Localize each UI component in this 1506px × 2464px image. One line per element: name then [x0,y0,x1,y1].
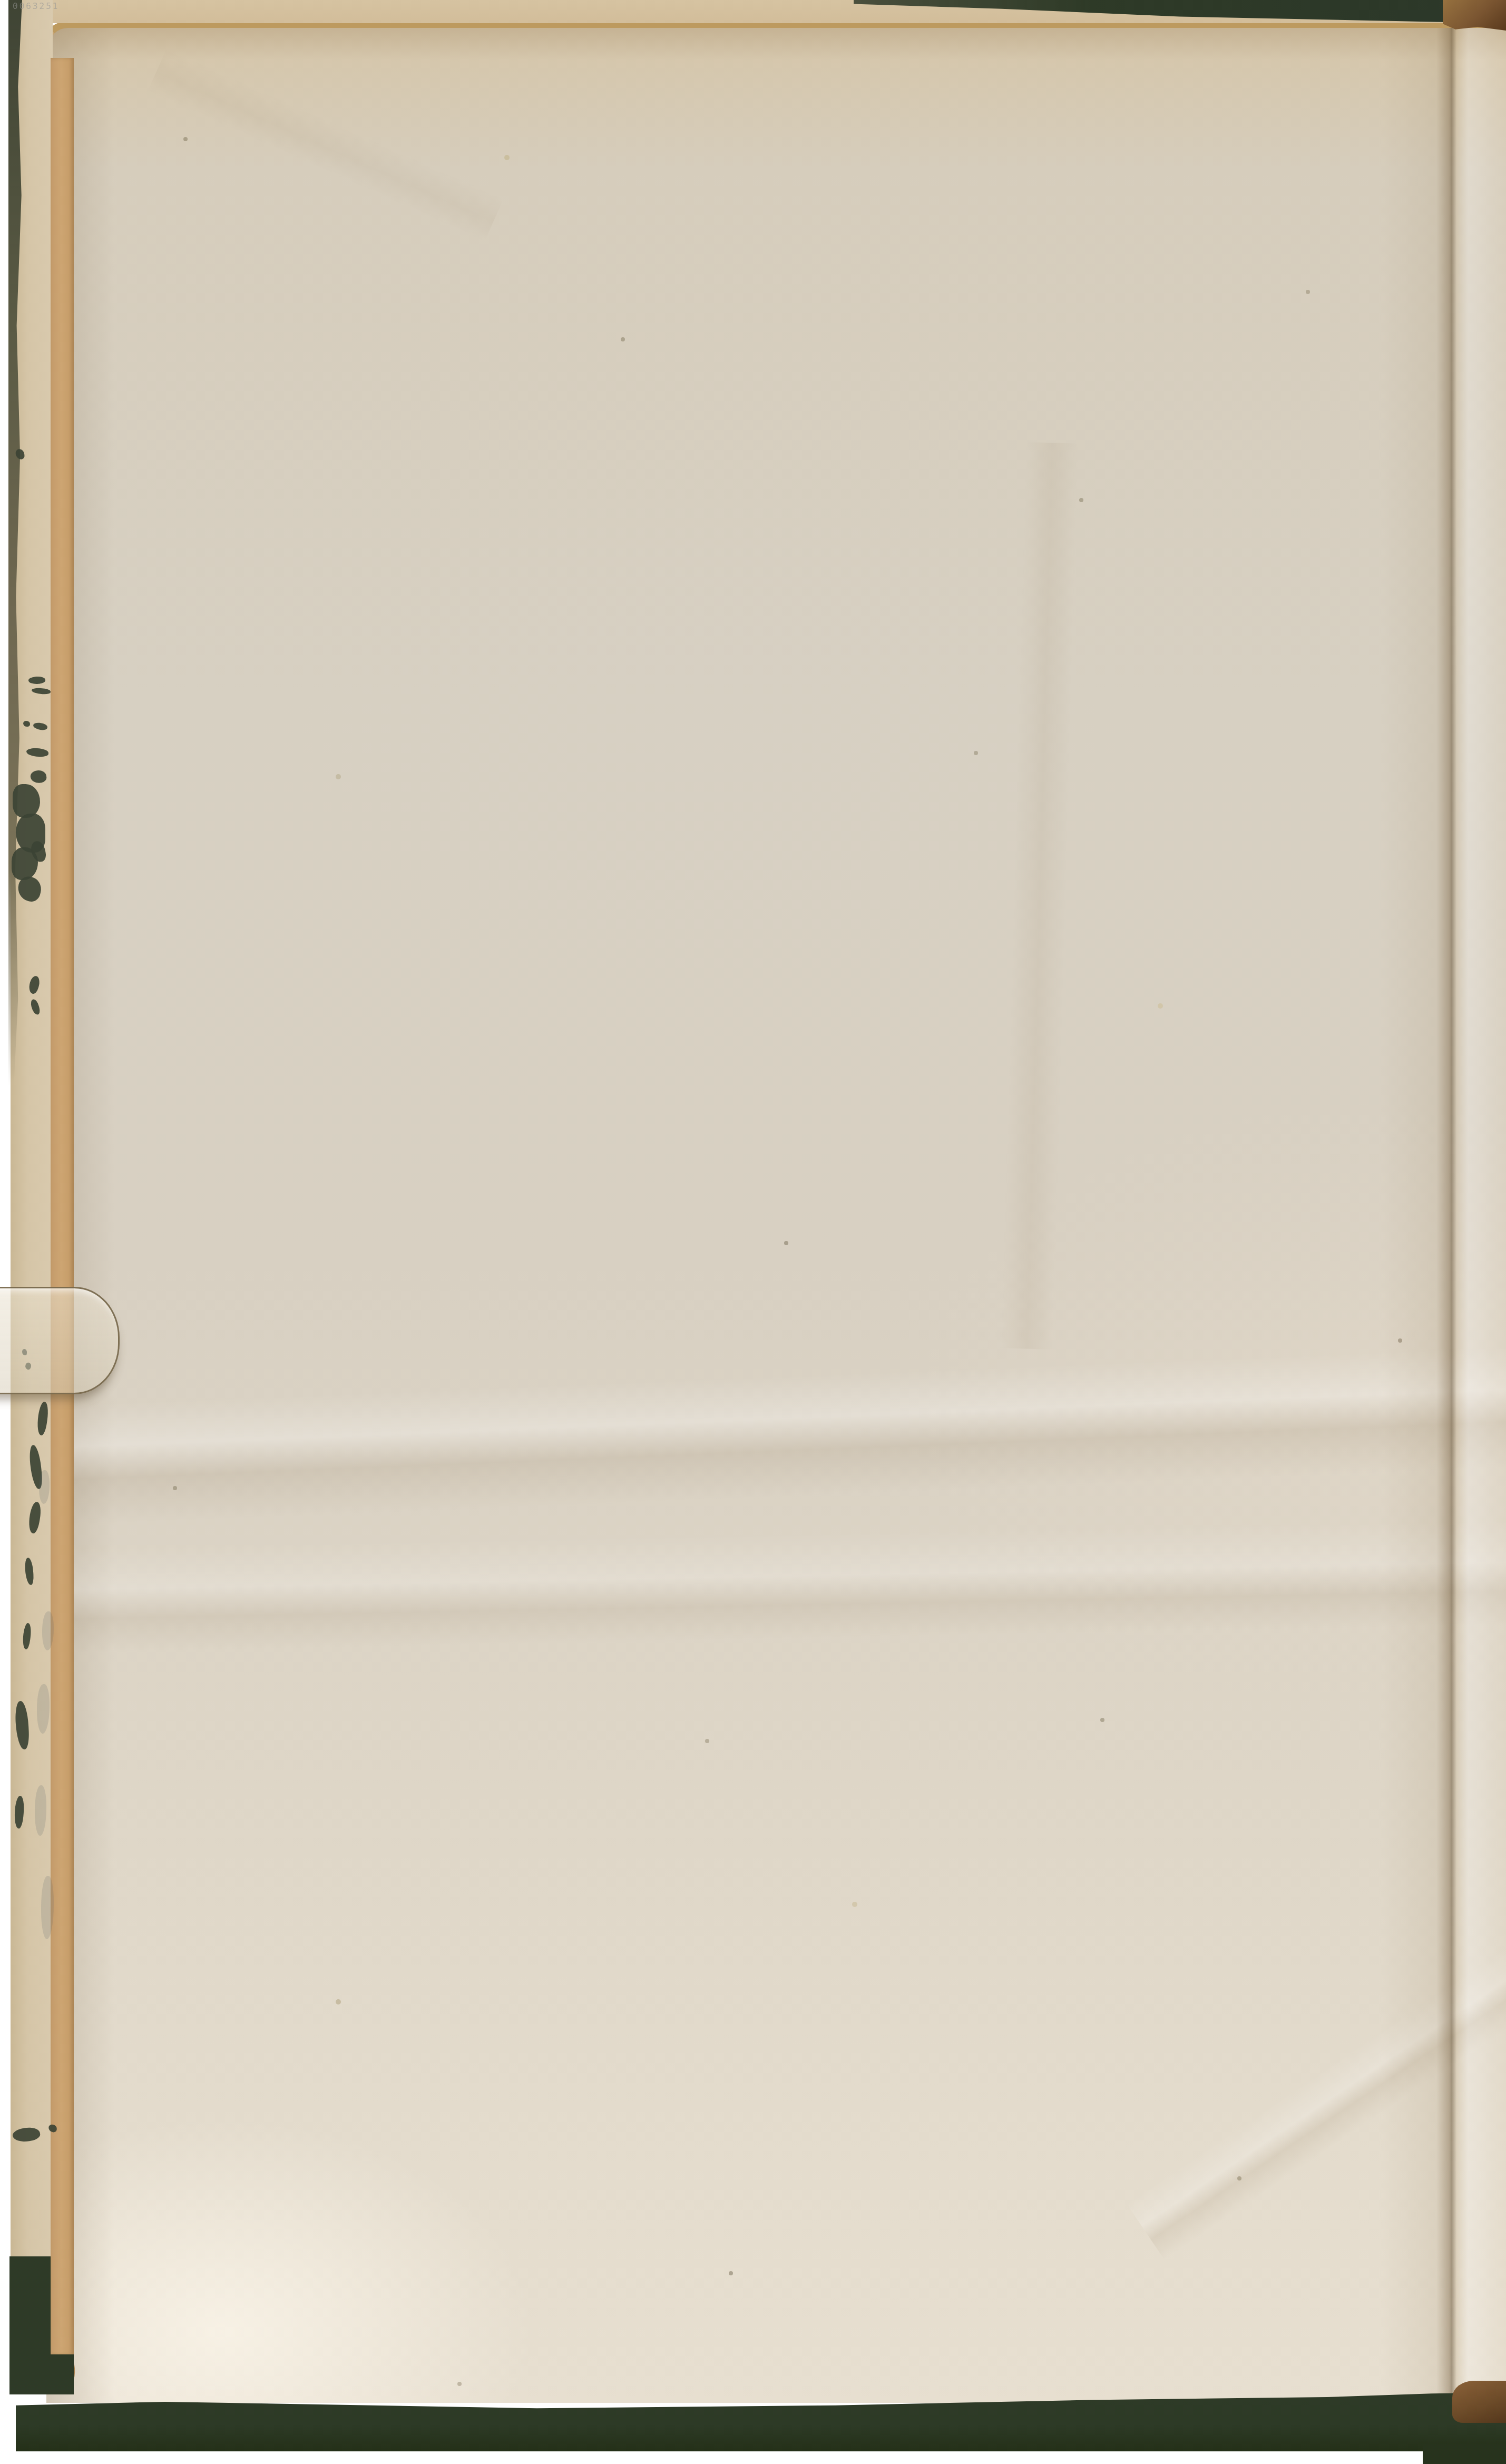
book-scan-page: 0063251 [0,0,1506,2464]
paper-crease [1001,442,1079,1350]
ink-stain [13,784,40,818]
under-page-edge-frame [42,21,1499,295]
leather-corner-top-right [1443,0,1506,31]
leather-corner-bottom-right [1452,2381,1506,2423]
paper-crease [46,1344,1506,1528]
paper-crease [46,1519,1506,1654]
book-cover-bottom-right [1423,2444,1506,2464]
page-edge-stack-tan [51,58,74,2355]
watermark-id: 0063251 [13,1,59,11]
ink-stain [23,721,30,727]
blank-page [46,26,1506,2403]
vellum-bookmark-tab [0,1287,120,1394]
gutter-fold-shadow [1380,26,1506,2403]
